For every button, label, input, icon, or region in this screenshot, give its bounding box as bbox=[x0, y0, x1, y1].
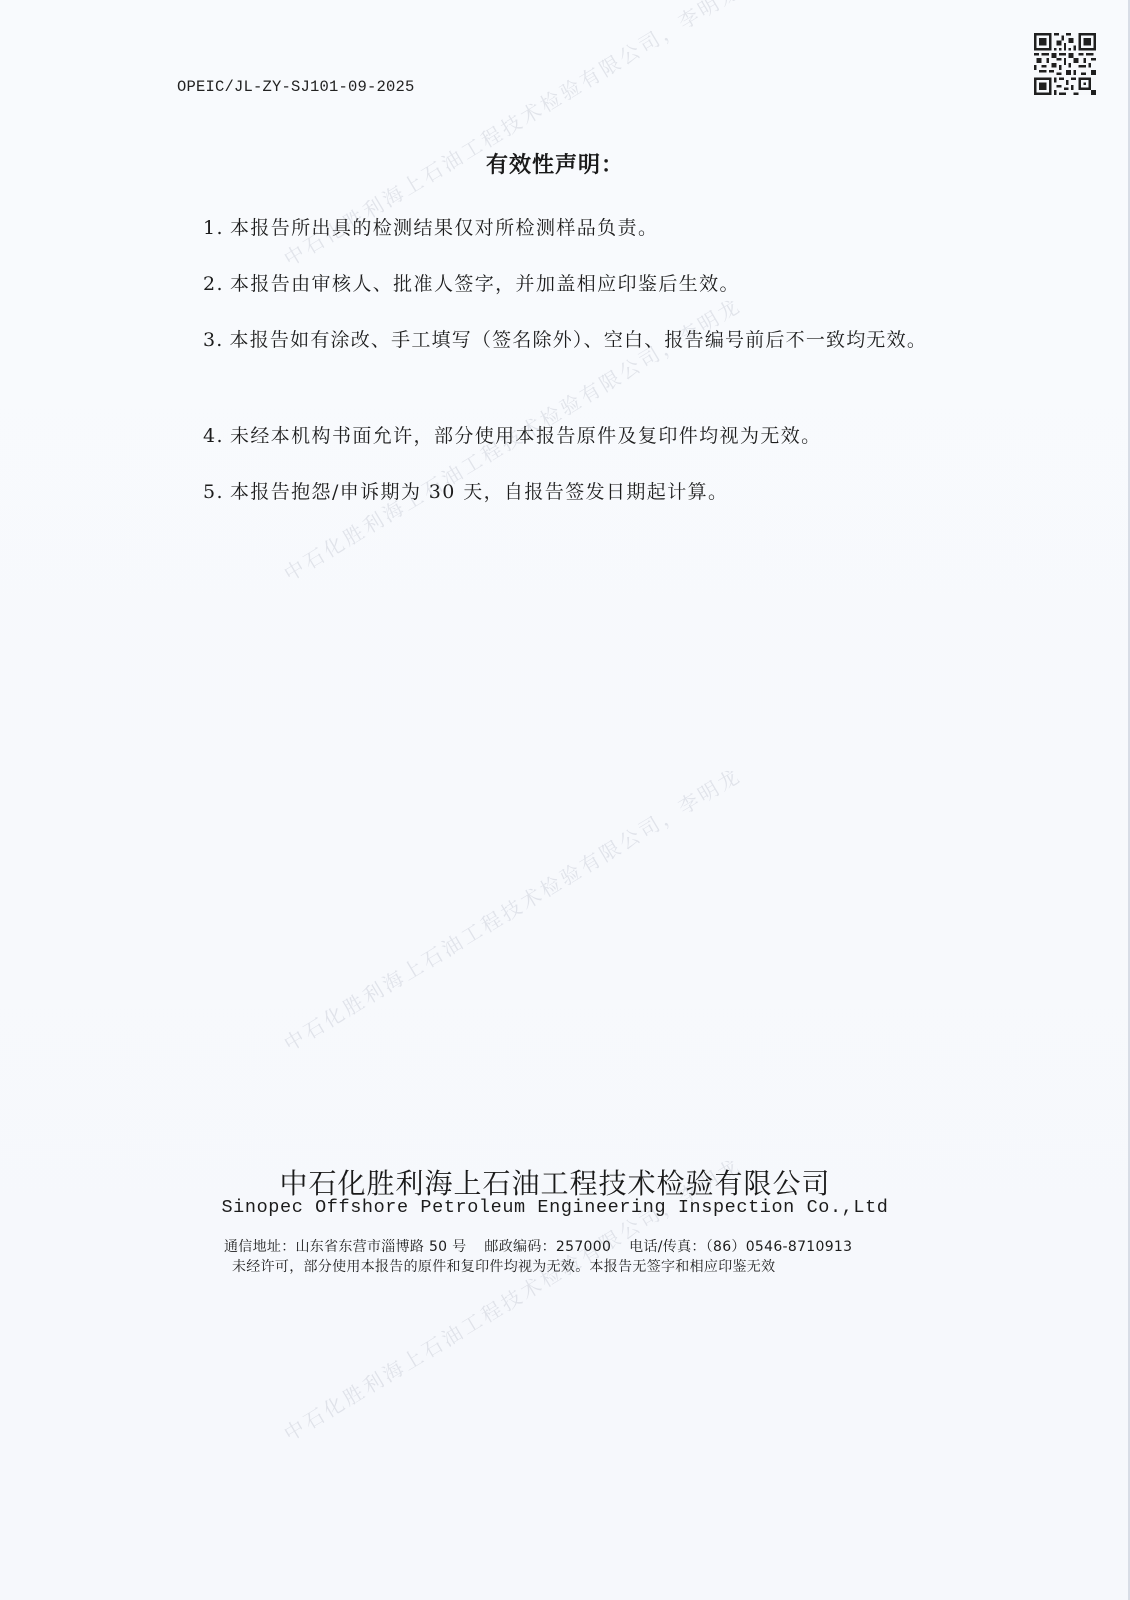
postcode-value: 257000 bbox=[556, 1239, 611, 1255]
contact-line: 通信地址：山东省东营市淄博路 50 号邮政编码：257000电话/传真：（86）… bbox=[224, 1236, 852, 1256]
company-name-cn: 中石化胜利海上石油工程技术检验有限公司 bbox=[0, 1162, 1110, 1202]
clause-text: 本报告所出具的检测结果仅对所检测样品负责。 bbox=[230, 217, 658, 239]
address-value: 山东省东营市淄博路 50 号 bbox=[296, 1239, 467, 1255]
company-name-en: Sinopec Offshore Petroleum Engineering I… bbox=[0, 1197, 1110, 1218]
document-page: 中石化胜利海上石油工程技术检验有限公司，李明龙 中石化胜利海上石油工程技术检验有… bbox=[0, 0, 1130, 1600]
clause-1: 1.本报告所出具的检测结果仅对所检测样品负责。 bbox=[157, 202, 957, 254]
address-label: 通信地址： bbox=[224, 1239, 296, 1255]
clause-number: 4. bbox=[203, 425, 224, 447]
qr-code-icon bbox=[1034, 33, 1096, 95]
clause-text: 本报告抱怨/申诉期为 30 天，自报告签发日期起计算。 bbox=[230, 481, 728, 503]
clause-number: 1. bbox=[203, 217, 224, 239]
clause-number: 5. bbox=[203, 481, 224, 503]
clause-2: 2.本报告由审核人、批准人签字，并加盖相应印鉴后生效。 bbox=[157, 258, 957, 310]
clause-5: 5.本报告抱怨/申诉期为 30 天，自报告签发日期起计算。 bbox=[157, 466, 957, 518]
clause-text: 本报告如有涂改、手工填写（签名除外）、空白、报告编号前后不一致均无效。 bbox=[230, 329, 928, 351]
page-title: 有效性声明： bbox=[0, 148, 1110, 179]
watermark: 中石化胜利海上石油工程技术检验有限公司，李明龙 bbox=[278, 760, 746, 1057]
clause-number: 2. bbox=[203, 273, 224, 295]
clause-3: 3.本报告如有涂改、手工填写（签名除外）、空白、报告编号前后不一致均无效。 bbox=[157, 314, 947, 366]
phone-value: （86）0546-8710913 bbox=[706, 1239, 853, 1255]
clause-number: 3. bbox=[203, 329, 224, 351]
phone-label: 电话/传真： bbox=[629, 1239, 706, 1255]
validity-notice: 未经许可，部分使用本报告的原件和复印件均视为无效。本报告无签字和相应印鉴无效 bbox=[232, 1256, 775, 1276]
clause-text: 本报告由审核人、批准人签字，并加盖相应印鉴后生效。 bbox=[230, 273, 740, 295]
document-code: OPEIC/JL-ZY-SJ101-09-2025 bbox=[177, 78, 415, 96]
clause-4: 4.未经本机构书面允许，部分使用本报告原件及复印件均视为无效。 bbox=[157, 410, 957, 462]
clause-text: 未经本机构书面允许，部分使用本报告原件及复印件均视为无效。 bbox=[230, 425, 822, 447]
postcode-label: 邮政编码： bbox=[484, 1239, 556, 1255]
